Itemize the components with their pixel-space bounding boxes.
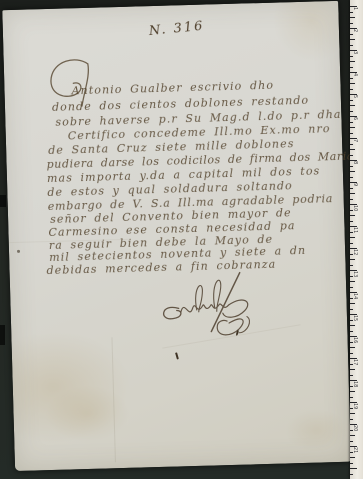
- ruler-tick: [350, 408, 353, 409]
- ruler-tick: [350, 232, 353, 233]
- ruler-tick: [350, 149, 355, 150]
- ruler-tick: [350, 133, 353, 134]
- ruler-number: 9: [352, 183, 357, 186]
- ruler-tick: [350, 276, 353, 277]
- ruler-number: 8: [352, 161, 357, 164]
- ruler-number: 4: [352, 73, 357, 76]
- ruler-tick: [350, 100, 353, 101]
- ruler-number: 5: [352, 95, 357, 98]
- ruler-tick: [350, 23, 353, 24]
- ruler-tick: [350, 17, 355, 18]
- ruler-tick: [350, 56, 353, 57]
- ruler-tick: [350, 364, 353, 365]
- ruler-tick: [350, 281, 355, 282]
- ruler-number: 3: [352, 51, 357, 54]
- ruler-tick: [350, 39, 355, 40]
- ruler-tick: [350, 144, 353, 145]
- ruler-tick: [350, 309, 353, 310]
- ruler-tick: [350, 105, 355, 106]
- ruler-tick: [350, 375, 353, 376]
- signature-flourish: [152, 266, 279, 344]
- ink-speck: [17, 250, 20, 253]
- ruler-tick: [350, 155, 353, 156]
- ruler-tick: [350, 353, 353, 354]
- ruler-tick: [350, 78, 353, 79]
- ruler-tick: [350, 67, 353, 68]
- ruler-tick: [350, 298, 353, 299]
- ruler-tick: [350, 188, 353, 189]
- ruler-tick: [350, 474, 353, 475]
- ruler-tick: [350, 463, 353, 464]
- ruler-tick: [350, 243, 353, 244]
- ruler-tick: [350, 331, 353, 332]
- ruler-tick: [350, 413, 355, 414]
- ruler-tick: [350, 419, 353, 420]
- ruler-tick: [350, 259, 355, 260]
- ruler-tick: [350, 111, 353, 112]
- ruler-tick: [350, 215, 355, 216]
- ruler-tick: [350, 303, 355, 304]
- ruler-number: 7: [352, 139, 357, 142]
- ruler-tick: [350, 83, 355, 84]
- ruler-tick: [350, 287, 353, 288]
- ruler-tick: [350, 457, 355, 458]
- manuscript-page: N. 316 Antonio Gualber escrivio dho dond…: [2, 1, 351, 471]
- ruler-tick: [350, 435, 355, 436]
- ruler-tick: [350, 177, 353, 178]
- ruler-tick: [350, 122, 353, 123]
- ruler-tick: [350, 171, 355, 172]
- ruler-tick: [350, 237, 355, 238]
- folio-number: N. 316: [148, 19, 205, 39]
- ruler-tick: [350, 12, 353, 13]
- ruler-tick: [350, 386, 353, 387]
- ruler-tick: [350, 254, 353, 255]
- ruler-tick: [350, 391, 355, 392]
- ruler-number: 6: [352, 117, 357, 120]
- frame-smudge: [0, 325, 5, 345]
- photo-background: N. 316 Antonio Gualber escrivio dho dond…: [0, 0, 363, 479]
- ruler-tick: [350, 166, 353, 167]
- ruler-tick: [350, 342, 353, 343]
- ruler-tick: [350, 89, 353, 90]
- ruler-tick: [350, 193, 355, 194]
- ink-speck: [175, 352, 179, 359]
- paper-crease: [111, 337, 115, 462]
- ruler-tick: [350, 452, 353, 453]
- ruler-number: 2: [352, 29, 357, 32]
- ruler-tick: [350, 199, 353, 200]
- ruler-tick: [350, 265, 353, 266]
- ruler-tick: [350, 397, 353, 398]
- ruler-tick: [350, 369, 355, 370]
- ruler-tick: [350, 34, 353, 35]
- measurement-ruler: 123456789101112131415161718192021: [350, 0, 363, 479]
- ruler-number: 1: [352, 7, 357, 10]
- ruler-tick: [350, 430, 353, 431]
- ruler-tick: [350, 45, 353, 46]
- ruler-tick: [350, 61, 355, 62]
- ruler-tick: [350, 210, 353, 211]
- ruler-tick: [350, 127, 355, 128]
- ruler-tick: [350, 320, 353, 321]
- ruler-tick: [350, 441, 353, 442]
- frame-smudge: [0, 195, 6, 207]
- ruler-tick: [350, 347, 355, 348]
- ruler-tick: [350, 468, 357, 469]
- ruler-tick: [350, 221, 353, 222]
- ruler-tick: [350, 325, 355, 326]
